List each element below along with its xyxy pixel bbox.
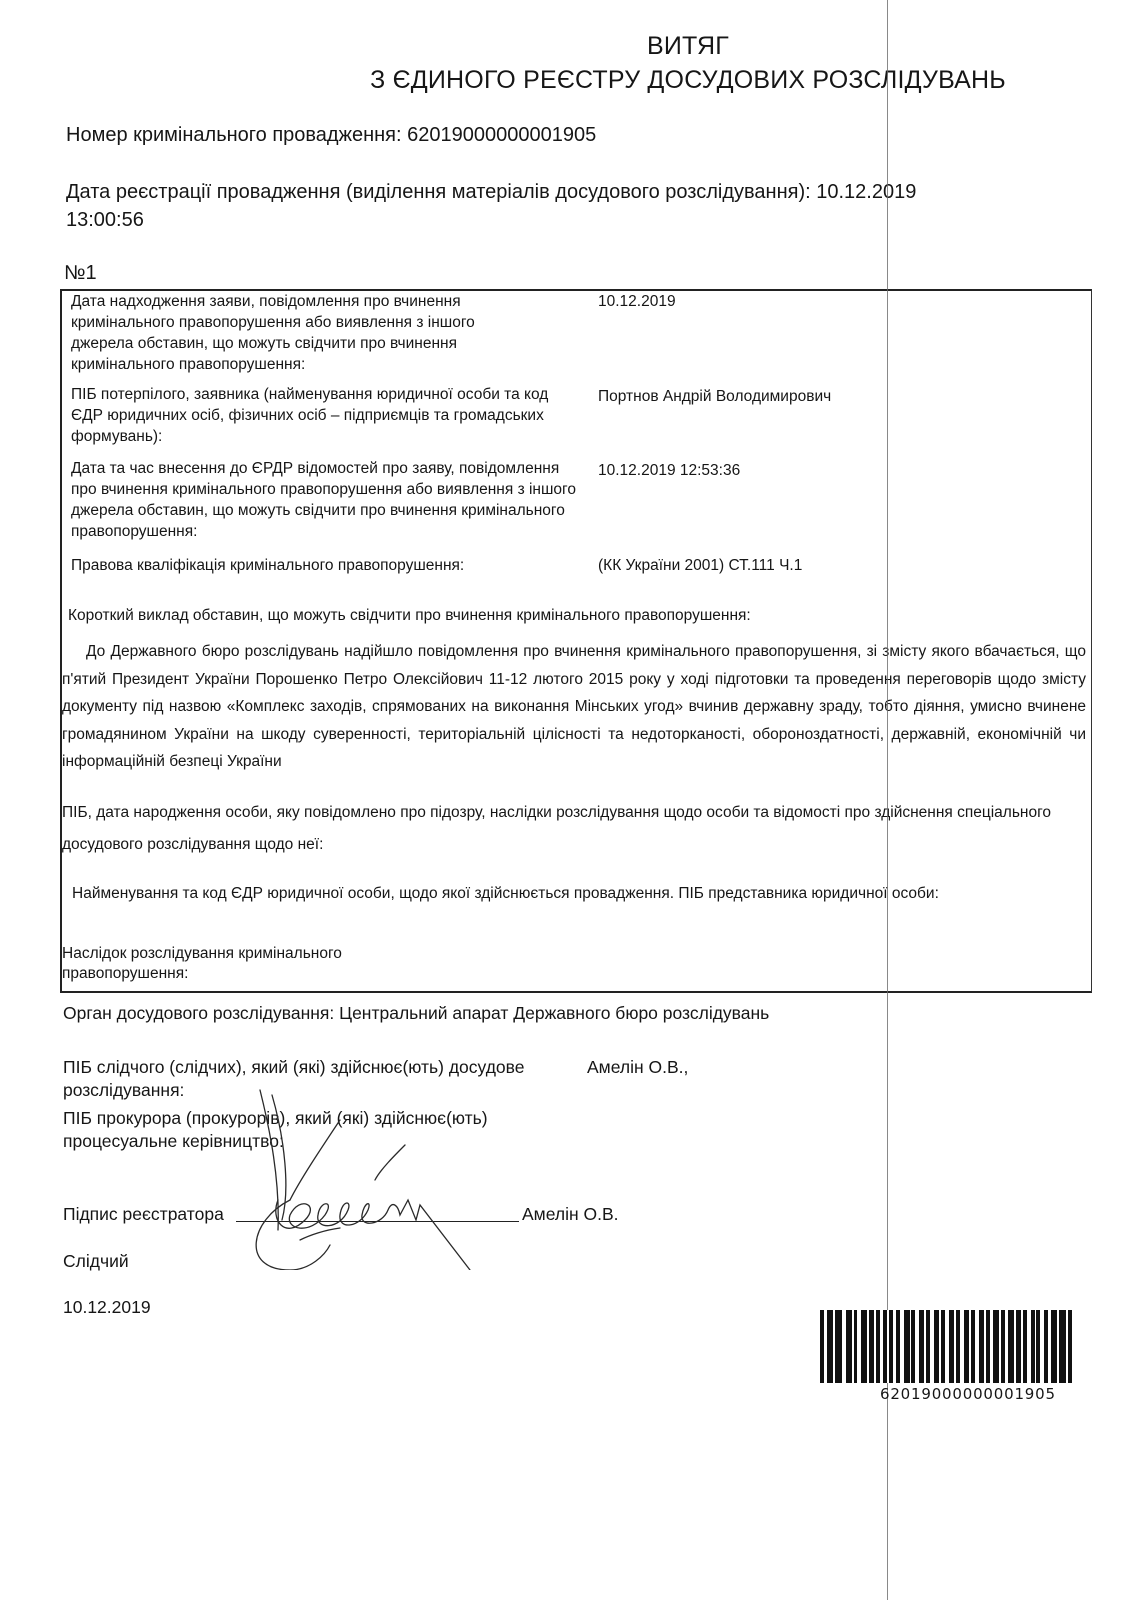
row-label-erdr-date: Дата та час внесення до ЄРДР відомостей … — [71, 458, 581, 542]
outcome-label: Наслідок розслідування кримінального пра… — [62, 944, 342, 984]
signature-label: Підпис реєстратора — [63, 1203, 224, 1226]
row-value-erdr-date: 10.12.2019 12:53:36 — [598, 460, 740, 481]
record-number: №1 — [64, 262, 97, 285]
registration-time: 13:00:56 — [66, 209, 144, 231]
agency-value: Центральний апарат Державного бюро розсл… — [339, 1003, 769, 1023]
suspect-label: ПІБ, дата народження особи, яку повідомл… — [62, 797, 1072, 861]
registration-label: Дата реєстрації провадження (виділення м… — [66, 181, 811, 203]
position: Слідчий — [63, 1250, 129, 1273]
legal-entity-label: Найменування та код ЄДР юридичної особи,… — [72, 880, 1092, 907]
row-value-applicant: Портнов Андрій Володимирович — [598, 386, 831, 407]
registration-date: 10.12.2019 — [816, 181, 916, 203]
document-date: 10.12.2019 — [63, 1296, 151, 1319]
summary-text: До Державного бюро розслідувань надійшло… — [60, 638, 1090, 776]
case-number-label: Номер кримінального провадження: — [66, 124, 402, 146]
agency-line: Орган досудового розслідування: Централь… — [63, 1002, 769, 1025]
row-value-qualification: (КК України 2001) СТ.111 Ч.1 — [598, 555, 802, 576]
registration-date-line: Дата реєстрації провадження (виділення м… — [66, 178, 1066, 234]
row-label-qualification: Правова кваліфікація кримінального право… — [71, 555, 581, 576]
summary-paragraph: До Державного бюро розслідувань надійшло… — [60, 638, 1090, 776]
document-title: ВИТЯГ — [120, 32, 1136, 61]
investigator-label-line2: розслідування: — [63, 1080, 184, 1100]
handwritten-signature-icon — [230, 1070, 530, 1270]
registrar-name: Амелін О.В. — [522, 1203, 619, 1226]
barcode-icon — [820, 1310, 1076, 1383]
barcode-number: 62019000000001905 — [880, 1385, 1056, 1403]
outcome-label-line2: правопорушення: — [62, 965, 188, 982]
investigator-value: Амелін О.В., — [587, 1056, 688, 1079]
case-number-value: 62019000000001905 — [407, 124, 596, 146]
agency-label: Орган досудового розслідування: — [63, 1003, 334, 1023]
row-label-applicant: ПІБ потерпілого, заявника (найменування … — [71, 384, 561, 447]
summary-label: Короткий виклад обставин, що можуть свід… — [68, 602, 751, 629]
document-subtitle: З ЄДИНОГО РЕЄСТРУ ДОСУДОВИХ РОЗСЛІДУВАНЬ — [120, 66, 1136, 95]
row-label-receipt-date: Дата надходження заяви, повідомлення про… — [71, 291, 541, 375]
case-number-line: Номер кримінального провадження: 6201900… — [66, 124, 596, 147]
row-value-receipt-date: 10.12.2019 — [598, 291, 676, 312]
outcome-label-line1: Наслідок розслідування кримінального — [62, 945, 342, 962]
